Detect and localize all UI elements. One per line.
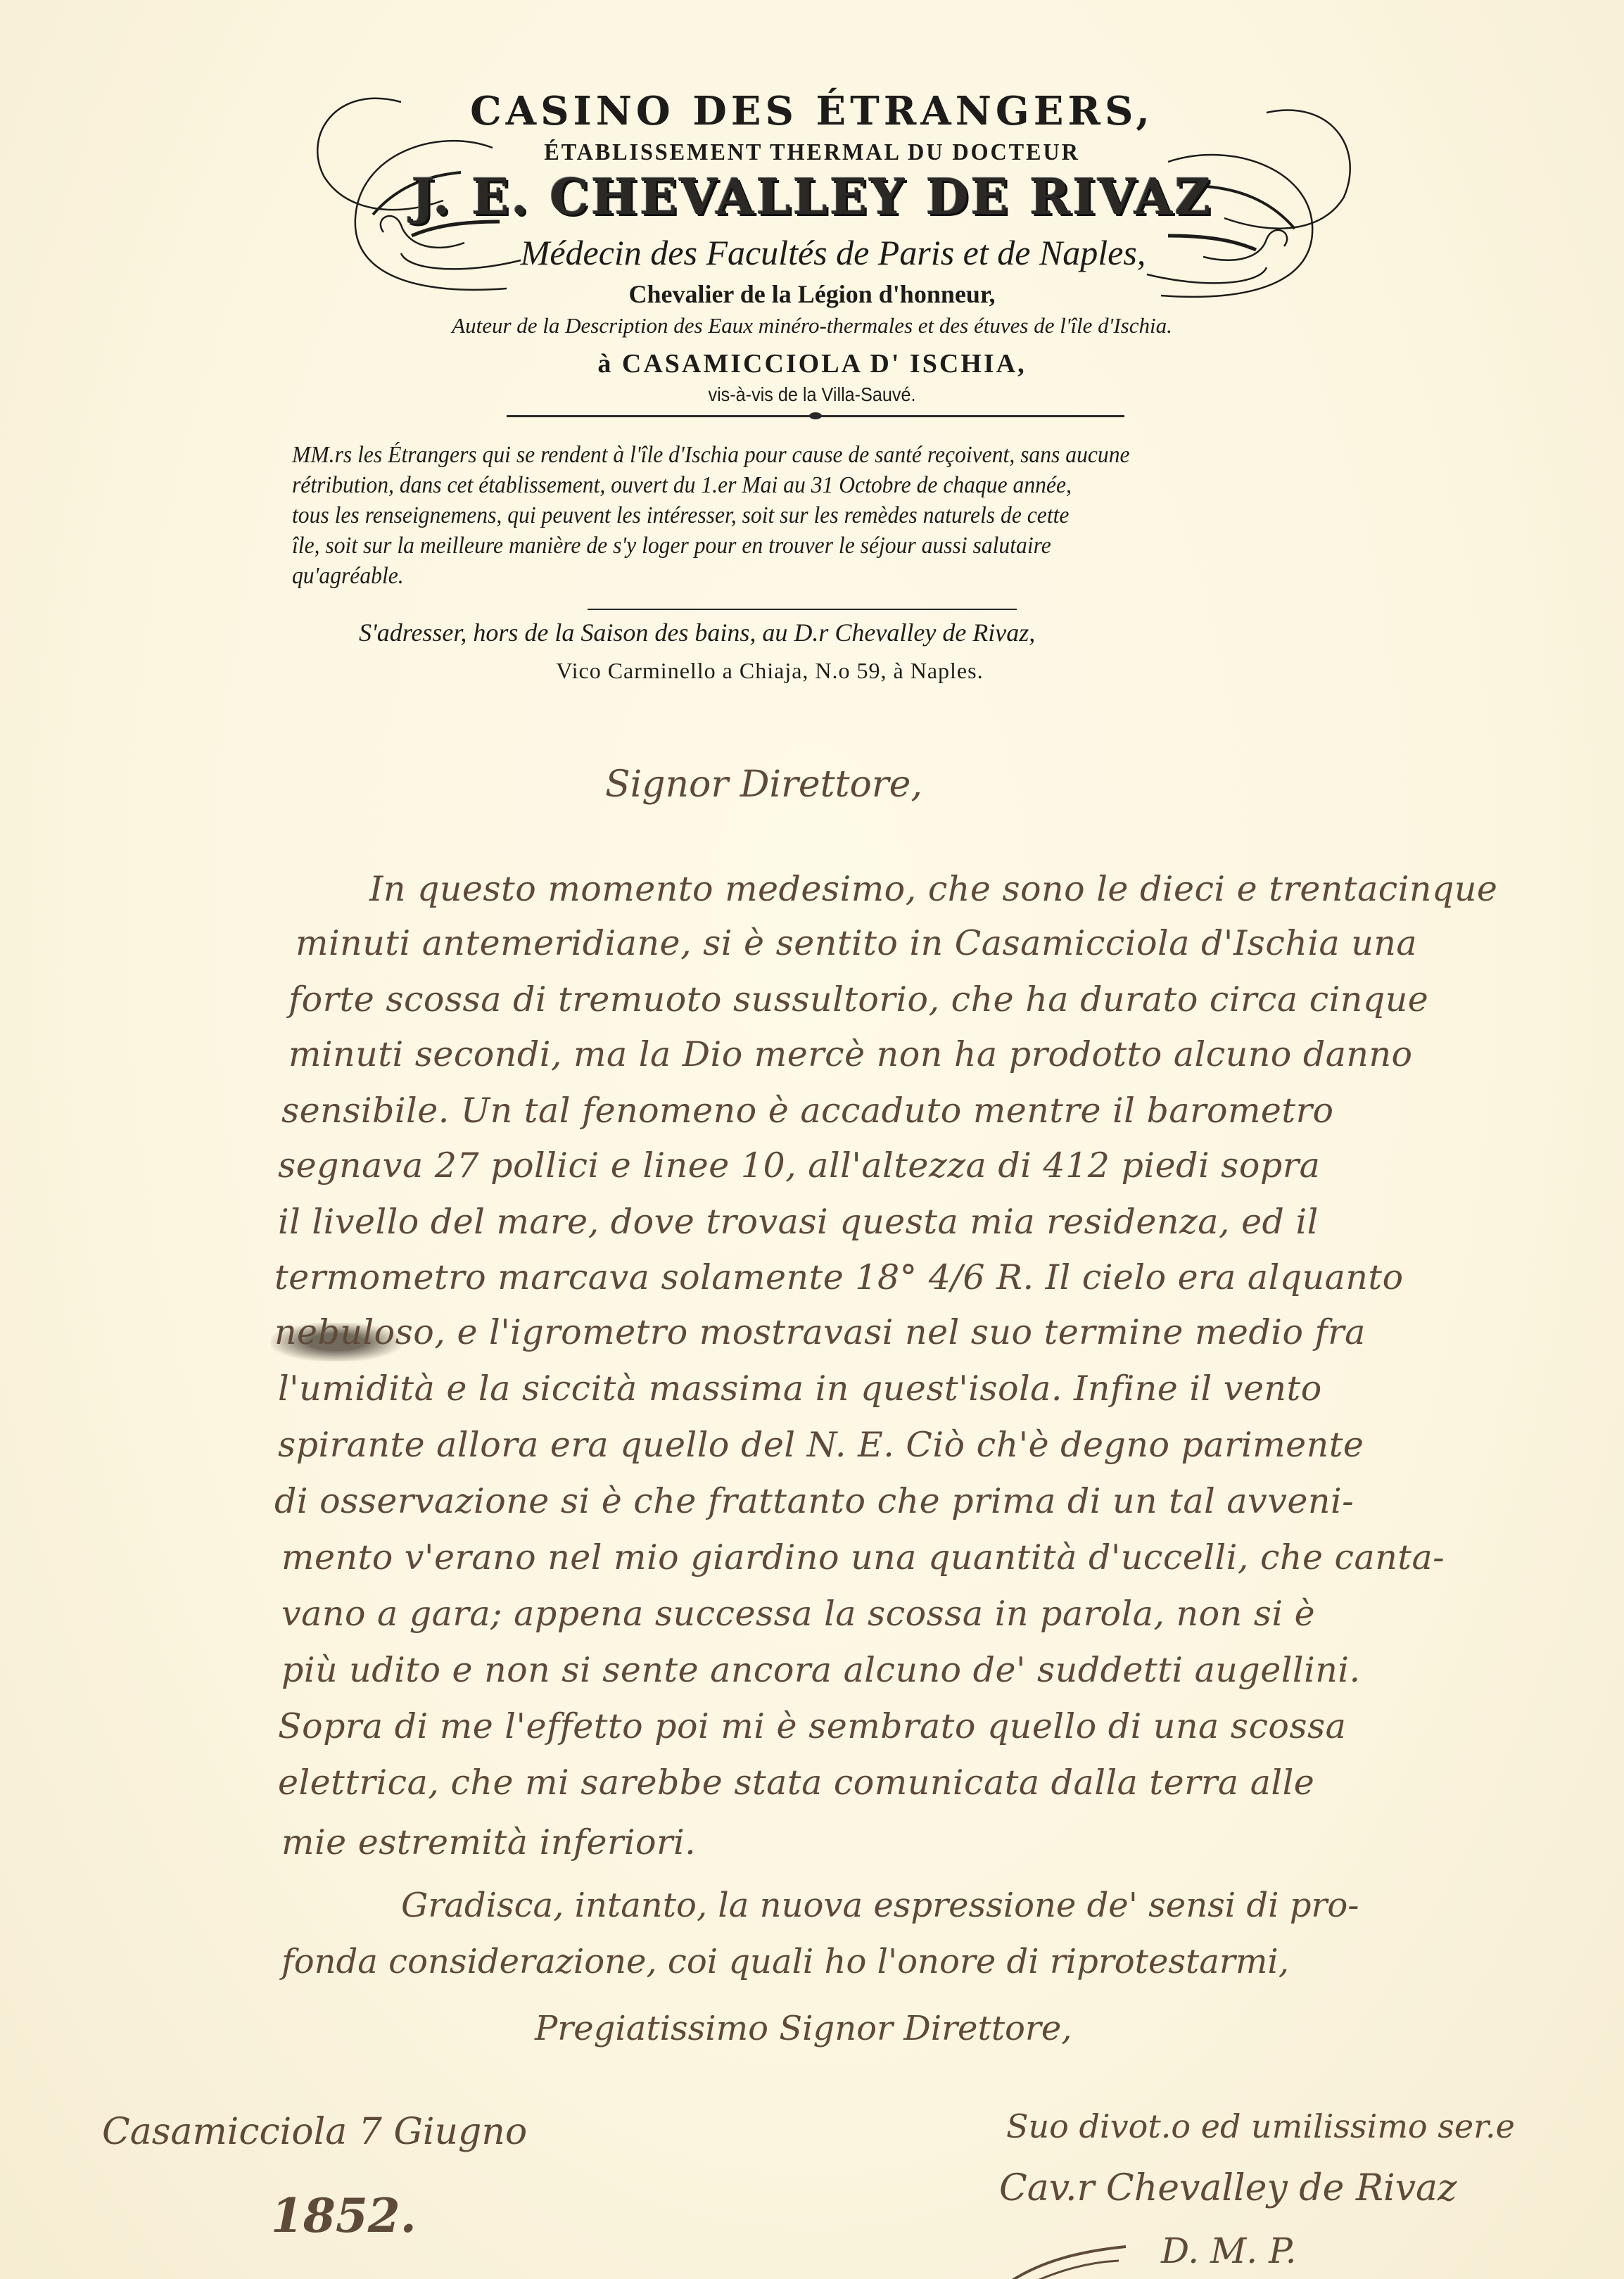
notice-paragraph: MM.rs les Étrangers qui se rendent à l'î…	[292, 440, 1260, 591]
establishment-name: CASINO DES ÉTRANGERS,	[0, 88, 1624, 134]
body-line: vano a gara; appena successa la scossa i…	[281, 1594, 1315, 1634]
doctor-honour: Chevalier de la Légion d'honneur,	[0, 279, 1624, 309]
notice-line: tous les renseignemens, qui peuvent les …	[292, 500, 1260, 531]
body-line: spirante allora era quello del N. E. Ciò…	[278, 1425, 1364, 1465]
body-line: sensibile. Un tal fenomeno è accaduto me…	[281, 1091, 1334, 1131]
establishment-subtitle: ÉTABLISSEMENT THERMAL DU DOCTEUR	[41, 139, 1584, 166]
notice-line: MM.rs les Étrangers qui se rendent à l'î…	[292, 440, 1260, 470]
doctor-name: J. E. CHEVALLEY DE RIVAZ	[0, 167, 1624, 226]
body-line: più udito e non si sente ancora alcuno d…	[281, 1650, 1361, 1690]
letterhead-divider	[507, 415, 1124, 417]
body-line: elettrica, che mi sarebbe stata comunica…	[278, 1763, 1314, 1803]
body-line: mie estremità inferiori.	[281, 1822, 696, 1862]
establishment-landmark: vis-à-vis de la Villa-Sauvé.	[81, 383, 1542, 406]
body-line: il livello del mare, dove trovasi questa…	[278, 1202, 1319, 1242]
naples-address: Vico Carminello a Chiaja, N.o 59, à Napl…	[0, 658, 1582, 684]
divider-ornament-icon	[809, 412, 822, 419]
body-line: forte scossa di tremuoto sussultorio, ch…	[288, 979, 1428, 1020]
doctor-credentials: Médecin des Facultés de Paris et de Napl…	[21, 232, 1624, 273]
establishment-location: à CASAMICCIOLA D' ISCHIA,	[0, 348, 1624, 379]
body-line: di osservazione si è che frattanto che p…	[274, 1481, 1354, 1521]
letter-year: 1852.	[271, 2188, 417, 2243]
letter-salutation: Signor Direttore,	[605, 763, 922, 806]
closing-line: Pregiatissimo Signor Direttore,	[535, 2009, 1072, 2048]
notice-line: île, soit sur la meilleure manière de s'…	[292, 531, 1260, 561]
body-line: mento v'erano nel mio giardino una quant…	[281, 1537, 1445, 1577]
signature-flourish-icon	[1006, 2241, 1133, 2279]
closing-line: fonda considerazione, coi quali ho l'ono…	[281, 1942, 1289, 1981]
notice-line: qu'agréable.	[292, 561, 1260, 591]
body-line: segnava 27 pollici e linee 10, all'altez…	[278, 1145, 1320, 1186]
body-line: termometro marcava solamente 18° 4/6 R. …	[274, 1257, 1404, 1297]
notice-divider	[588, 609, 1017, 610]
body-line: l'umidità e la siccità massima in quest'…	[278, 1369, 1322, 1409]
signature-name: Cav.r Chevalley de Rivaz	[999, 2167, 1457, 2209]
body-line: minuti secondi, ma la Dio mercè non ha p…	[288, 1034, 1413, 1074]
body-line: minuti antemeridiane, si è sentito in Ca…	[296, 923, 1417, 963]
place-and-date: Casamicciola 7 Giugno	[102, 2111, 527, 2153]
body-line: In questo momento medesimo, che sono le …	[369, 869, 1497, 909]
notice-line: rétribution, dans cet établissement, ouv…	[292, 470, 1260, 500]
closing-line: Gradisca, intanto, la nuova espressione …	[401, 1886, 1359, 1925]
signature-initials: D. M. P.	[1161, 2230, 1296, 2271]
doctor-publication: Auteur de la Description des Eaux minéro…	[0, 313, 1624, 338]
letterhead: CASINO DES ÉTRANGERS, ÉTABLISSEMENT THER…	[0, 0, 1624, 704]
signature-courtesy-line: Suo divot.o ed umilissimo ser.e	[1006, 2107, 1515, 2145]
off-season-contact: S'adresser, hors de la Saison des bains,…	[359, 618, 1035, 647]
body-line: Sopra di me l'effetto poi mi è sembrato …	[278, 1706, 1346, 1746]
body-line: nebuloso, e l'igrometro mostravasi nel s…	[274, 1312, 1366, 1352]
